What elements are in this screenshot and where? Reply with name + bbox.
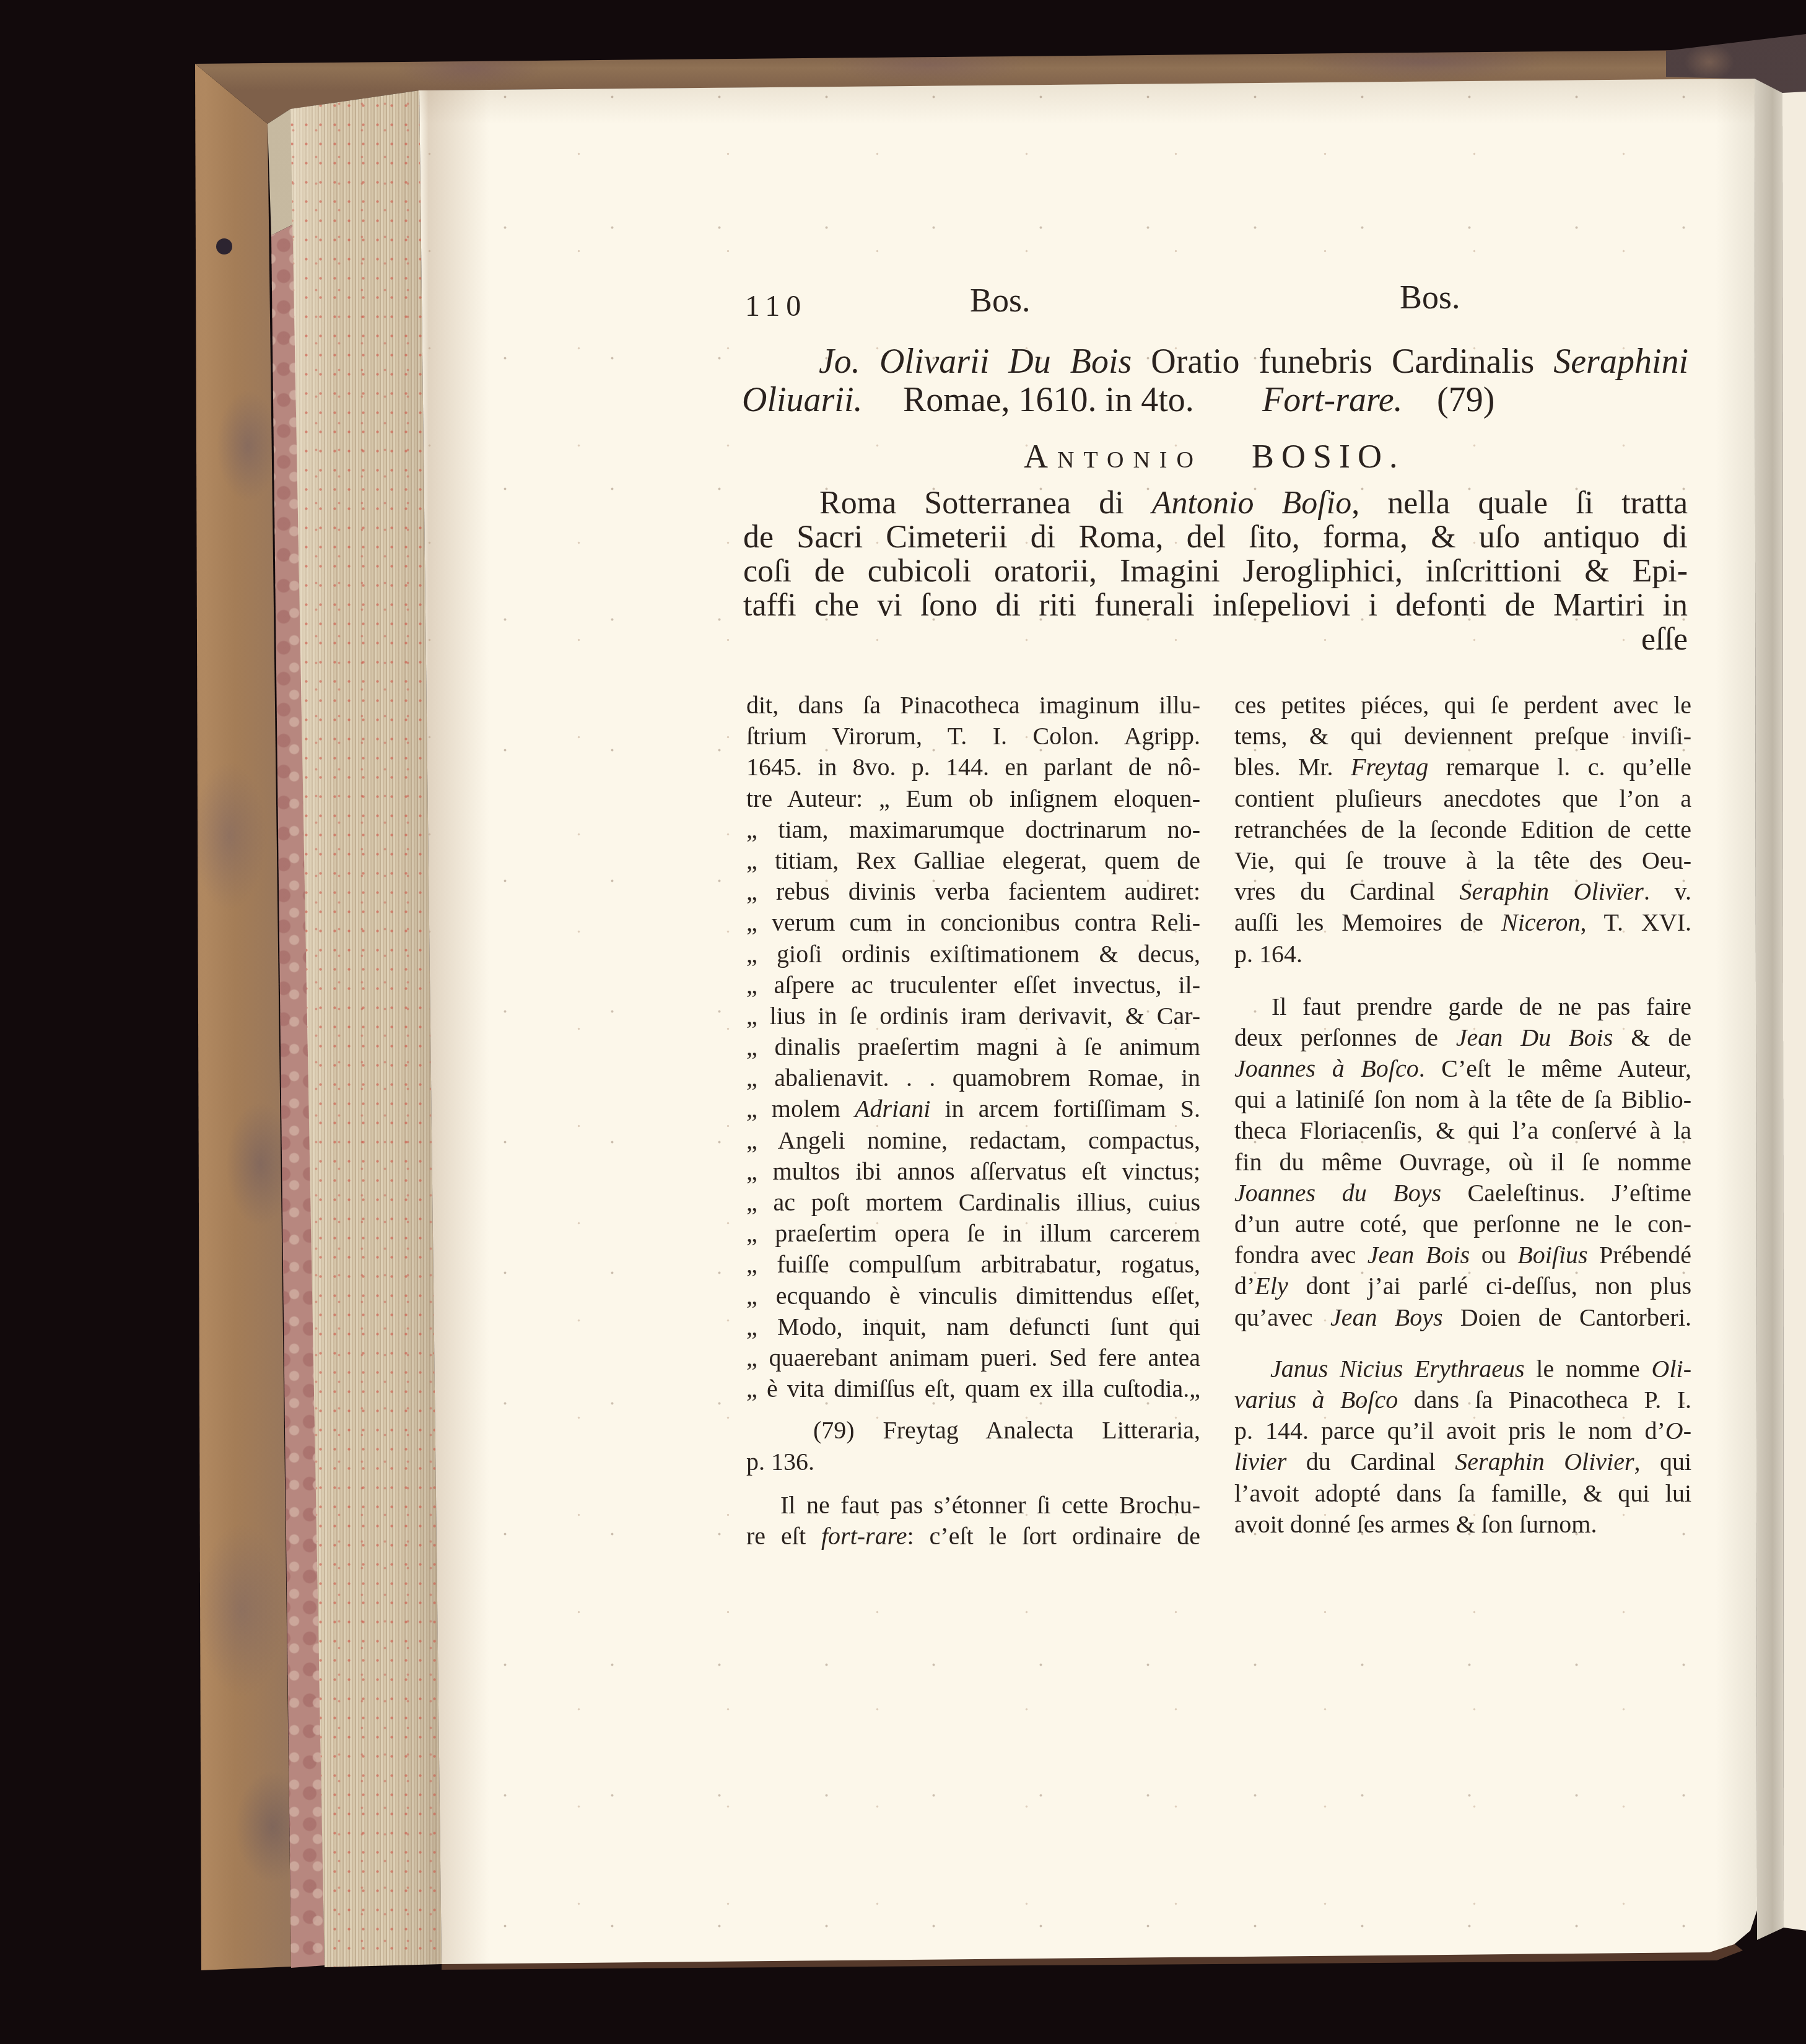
text-line: d’un autre coté, que perſonne ne le con- [1234,1209,1691,1240]
text-run: „ praeſertim opera ſe in illum carcerem [746,1219,1200,1247]
text-run: theca Floriacenſis, & qui l’a conſervé à… [1234,1116,1691,1144]
text-line: „ ecquando è vinculis dimittendus eſſet, [746,1281,1200,1311]
text-run: bles. Mr. [1234,753,1351,781]
text-line: bles. Mr. Freytag remarque l. c. qu’elle [1234,752,1691,783]
text-line: „ Modo, inquit, nam defuncti ſunt qui [746,1311,1200,1342]
text-run: : c’eſt le ſort ordinaire de [907,1522,1201,1550]
text-line: l’avoit adopté dans ſa famille, & qui lu… [1234,1478,1691,1509]
text-run: Il ne faut pas s’étonner ſi cette Brochu… [780,1491,1200,1519]
text-run: contient pluſieurs anecdotes que l’on a [1234,785,1691,812]
text-line: avoit donné ſes armes & ſon ſurnom. [1234,1509,1691,1540]
italic-run: O- [1665,1417,1691,1445]
cover-nail-hole [216,238,232,254]
text-run: „ quaerebant animam pueri. Sed fere ante… [746,1344,1200,1372]
text-run: in arcem fortiſſimam S. [930,1095,1200,1123]
text-line: „ titiam, Rex Galliae elegerat, quem de [746,845,1200,876]
text-line: Joannes à Boſco. C’eſt le même Auteur, [1234,1053,1691,1084]
text-line: contient pluſieurs anecdotes que l’on a [1234,783,1691,814]
italic-run: fort-rare [821,1522,907,1550]
text-line: fondra avec Jean Bois ou Boiſius Prébend… [1234,1240,1691,1271]
text-run: dont j’ai parlé ci-deſſus, non plus [1288,1272,1691,1300]
text-line: de Sacri Cimeterii di Roma, del ſito, fo… [743,520,1688,554]
paragraph: Janus Nicius Erythraeus le nomme Oli- va… [1234,1354,1691,1540]
text-run: „ Modo, inquit, nam defuncti ſunt qui [746,1313,1200,1341]
text-line: tems, & qui deviennent preſque inviſi- [1234,721,1691,752]
text-line: p. 164. [1234,939,1691,970]
right-column: ces petites piéces, qui ſe perdent avec … [1234,690,1691,1540]
entry-title-line-2: Oliuarii. Romae, 1610. in 4to. Fort-rare… [742,383,1547,417]
italic-run: Joannes à Boſco [1234,1055,1419,1082]
text-run: tems, & qui deviennent preſque inviſi- [1234,722,1691,750]
paragraph: Il ne faut pas s’étonner ſi cette Brochu… [746,1490,1200,1552]
text-run: Oratio funebris Cardinalis [1132,342,1553,381]
paragraph: ces petites piéces, qui ſe perdent avec … [1234,690,1691,970]
text-line: deux perſonnes de Jean Du Bois & de [1234,1022,1691,1053]
paragraph: Il faut prendre garde de ne pas faire de… [1234,991,1691,1333]
footnote-reference: (79) [1437,383,1494,417]
text-run: & de [1613,1024,1691,1051]
text-run: avoit donné ſes armes & ſon ſurnom. [1234,1510,1597,1538]
text-line: „ molem Adriani in arcem fortiſſimam S. [746,1094,1200,1124]
italic-run: Oliuarii. [742,383,862,417]
text-line: taffi che vi ſono di riti funerali inſep… [743,588,1688,622]
italic-run: Ely [1255,1272,1288,1300]
text-line: „ lius in ſe ordinis iram derivavit, & C… [746,1001,1200,1032]
text-line: theca Floriacenſis, & qui l’a conſervé à… [1234,1115,1691,1146]
text-run: „ fuiſſe compulſum arbitrabatur, rogatus… [746,1250,1200,1278]
italic-run: livier [1234,1448,1286,1476]
text-line: „ tiam, maximarumque doctrinarum no- [746,814,1200,845]
text-run: taffi che vi ſono di riti funerali inſep… [743,588,1688,623]
italic-run: Seraphin Olivier [1455,1448,1634,1476]
text-run: Il faut prendre garde de ne pas faire [1272,993,1691,1020]
text-run: auſſi les Memoires de [1234,908,1501,936]
text-run: d’un autre coté, que perſonne ne le con- [1234,1210,1691,1238]
text-line: Janus Nicius Erythraeus le nomme Oli- [1234,1354,1691,1385]
text-run: . C’eſt le même Auteur, [1419,1055,1691,1082]
text-run: Doien de Cantorberi. [1442,1303,1691,1331]
text-run: „ aſpere ac truculenter eſſet invectus, … [746,971,1200,999]
text-run: qui a latiniſé ſon nom à la tête de ſa B… [1234,1085,1691,1113]
text-run: Vie, qui ſe trouve à la tête des Oeu- [1234,846,1691,874]
text-run: . v. [1644,877,1691,905]
italic-run: Adriani [855,1095,930,1123]
text-run: de Sacri Cimeterii di Roma, del ſito, fo… [743,520,1688,555]
italic-run: Seraphin Olivïer [1459,877,1643,905]
text-line: livier du Cardinal Seraphin Olivier, qui [1234,1446,1691,1477]
text-run: p. 164. [1234,940,1302,968]
text-run: , T. XVI. [1580,908,1691,936]
full-width-paragraph: Roma Sotterranea di Antonio Boſio, nella… [743,486,1688,656]
text-run: fondra avec [1234,1241,1368,1269]
text-run: retranchées de la ſeconde Edition de cet… [1234,815,1691,843]
text-run: „ ecquando è vinculis dimittendus eſſet, [746,1282,1200,1310]
text-run: l’avoit adopté dans ſa famille, & qui lu… [1234,1479,1691,1507]
italic-run: Janus Nicius Erythraeus [1270,1355,1525,1383]
footnote-line: (79) Freytag Analecta Litteraria, [746,1415,1200,1446]
text-line: 1645. in 8vo. p. 144. en parlant de nô- [746,752,1200,783]
text-line: ſtrium Virorum, T. I. Colon. Agripp. [746,721,1200,752]
text-line: qui a latiniſé ſon nom à la tête de ſa B… [1234,1084,1691,1115]
heading-surname: BOSIO. [1252,440,1405,473]
page-number: 110 [745,292,807,321]
text-run: fin du même Ouvrage, où il ſe nomme [1234,1148,1691,1176]
text-line: d’Ely dont j’ai parlé ci-deſſus, non plu… [1234,1271,1691,1302]
italic-run: Niceron [1501,908,1580,936]
text-run: p. 144. parce qu’il avoit pris le nom d’ [1234,1417,1665,1445]
text-run: Caeleſtinus. J’eſtime [1441,1179,1691,1207]
text-run: dans ſa Pinacotheca P. I. [1398,1386,1691,1414]
text-run: „ gioſi ordinis exiſtimationem & decus, [746,940,1200,968]
text-run: Prébendé [1588,1241,1691,1269]
text-line: retranchées de la ſeconde Edition de cet… [1234,814,1691,845]
heading-first-name: Antonio [1024,440,1203,473]
text-line: tre Auteur: „ Eum ob inſignem eloquen- [746,783,1200,814]
text-run: deux perſonnes de [1234,1024,1456,1051]
text-line: fin du même Ouvrage, où il ſe nomme [1234,1147,1691,1178]
text-run: tre Auteur: „ Eum ob inſignem eloquen- [746,785,1200,812]
text-run: „ è vita dimiſſus eſt, quam ex illa cuſt… [746,1375,1200,1403]
text-line: „ aſpere ac truculenter eſſet invectus, … [746,970,1200,1001]
text-line: Roma Sotterranea di Antonio Boſio, nella… [743,486,1688,520]
text-run: „ tiam, maximarumque doctrinarum no- [746,815,1200,843]
text-run: „ abalienavit. . . quamobrem Romae, in [746,1064,1200,1092]
text-line: auſſi les Memoires de Niceron, T. XVI. [1234,907,1691,938]
text-run: ou [1470,1241,1517,1269]
text-run: p. 136. [746,1448,814,1476]
text-line: „ dinalis praeſertim magni à ſe animum [746,1032,1200,1063]
text-line: „ è vita dimiſſus eſt, quam ex illa cuſt… [746,1373,1200,1404]
text-run: 1645. in 8vo. p. 144. en parlant de nô- [746,753,1200,781]
imprint-text: Romae, 1610. in 4to. [903,383,1194,417]
text-run: „ rebus divinis verba facientem audiret: [746,877,1200,905]
italic-run: Oli- [1652,1355,1691,1383]
footnote: (79) Freytag Analecta Litteraria, p. 136… [746,1415,1200,1477]
text-run: „ verum cum in concionibus contra Reli- [746,908,1200,936]
italic-run: Jo. Olivarii Du Bois [819,342,1132,381]
text-run: du Cardinal [1286,1448,1455,1476]
text-line: „ verum cum in concionibus contra Reli- [746,907,1200,938]
text-run: „ molem [746,1095,855,1123]
text-run: „ Angeli nomine, redactam, compactus, [746,1126,1200,1154]
text-run: qu’avec [1234,1303,1330,1331]
italic-run: Jean Bois [1368,1241,1470,1269]
text-line: vres du Cardinal Seraphin Olivïer. v. [1234,876,1691,907]
text-run: dit, dans ſa Pinacotheca imaginum illu- [746,691,1200,719]
text-run: (79) Freytag Analecta Litteraria, [813,1416,1200,1444]
text-run: ces petites piéces, qui ſe perdent avec … [1234,691,1691,719]
text-run: „ lius in ſe ordinis iram derivavit, & C… [746,1002,1200,1030]
text-run: d’ [1234,1272,1255,1300]
rarity-note: Fort-rare. [1262,383,1403,417]
text-run: , qui [1634,1448,1692,1476]
text-run: „ dinalis praeſertim magni à ſe animum [746,1033,1200,1061]
running-head-right: Bos. [1400,281,1460,314]
text-line: „ gioſi ordinis exiſtimationem & decus, [746,939,1200,970]
text-run: „ multos ibi annos aſſervatus eſt vinctu… [746,1157,1200,1185]
text-run: ſtrium Virorum, T. I. Colon. Agripp. [746,722,1200,750]
text-line: Il ne faut pas s’étonner ſi cette Brochu… [746,1490,1200,1521]
text-line: Vie, qui ſe trouve à la tête des Oeu- [1234,845,1691,876]
text-line: re eſt fort-rare: c’eſt le ſort ordinair… [746,1521,1200,1552]
text-line: eſſe [743,622,1688,656]
text-run: vres du Cardinal [1234,877,1459,905]
text-run: eſſe [1641,622,1688,657]
left-column: dit, dans ſa Pinacotheca imaginum illu- … [746,690,1200,1552]
text-run: „ titiam, Rex Galliae elegerat, quem de [746,846,1200,874]
text-line: „ fuiſſe compulſum arbitrabatur, rogatus… [746,1249,1200,1280]
text-line: coſi de cubicoli oratorii, Imagini Jerog… [743,554,1688,588]
italic-run: Jean Boys [1330,1303,1443,1331]
text-line: varius à Boſco dans ſa Pinacotheca P. I. [1234,1385,1691,1416]
text-line: „ Angeli nomine, redactam, compactus, [746,1125,1200,1156]
text-line: dit, dans ſa Pinacotheca imaginum illu- [746,690,1200,721]
text-line: Il faut prendre garde de ne pas faire [1234,991,1691,1022]
text-line: qu’avec Jean Boys Doien de Cantorberi. [1234,1302,1691,1333]
text-line: „ praeſertim opera ſe in illum carcerem [746,1218,1200,1249]
text-line: „ quaerebant animam pueri. Sed fere ante… [746,1342,1200,1373]
footnote-line: p. 136. [746,1446,1200,1477]
entry-title-line-1: Jo. Olivarii Du Bois Oratio funebris Car… [819,344,1688,379]
text-line: Joannes du Boys Caeleſtinus. J’eſtime [1234,1178,1691,1209]
text-run: Roma Sotterranea di [819,485,1152,521]
italic-run: Antonio Boſio [1152,485,1351,521]
text-run: remarque l. c. qu’elle [1428,753,1691,781]
text-run: , nella quale ſi tratta [1351,485,1688,521]
text-line: „ ac poſt mortem Cardinalis illius, cuiu… [746,1187,1200,1218]
running-head-left: Bos. [970,284,1031,317]
text-line: p. 144. parce qu’il avoit pris le nom d’… [1234,1416,1691,1446]
text-line: „ rebus divinis verba facientem audiret: [746,876,1200,907]
text-line: ces petites piéces, qui ſe perdent avec … [1234,690,1691,721]
text-run: re eſt [746,1522,821,1550]
text-run: le nomme [1525,1355,1652,1383]
text-line: „ multos ibi annos aſſervatus eſt vinctu… [746,1156,1200,1187]
italic-run: Freytag [1351,753,1428,781]
text-run: „ ac poſt mortem Cardinalis illius, cuiu… [746,1188,1200,1216]
text-run: coſi de cubicoli oratorii, Imagini Jerog… [743,554,1688,589]
italic-run: Joannes du Boys [1234,1179,1441,1207]
text-line: „ abalienavit. . . quamobrem Romae, in [746,1063,1200,1094]
italic-run: varius à Boſco [1234,1386,1398,1414]
italic-run: Boiſius [1517,1241,1587,1269]
italic-run: Seraphini [1553,342,1688,381]
italic-run: Jean Du Bois [1456,1024,1613,1051]
